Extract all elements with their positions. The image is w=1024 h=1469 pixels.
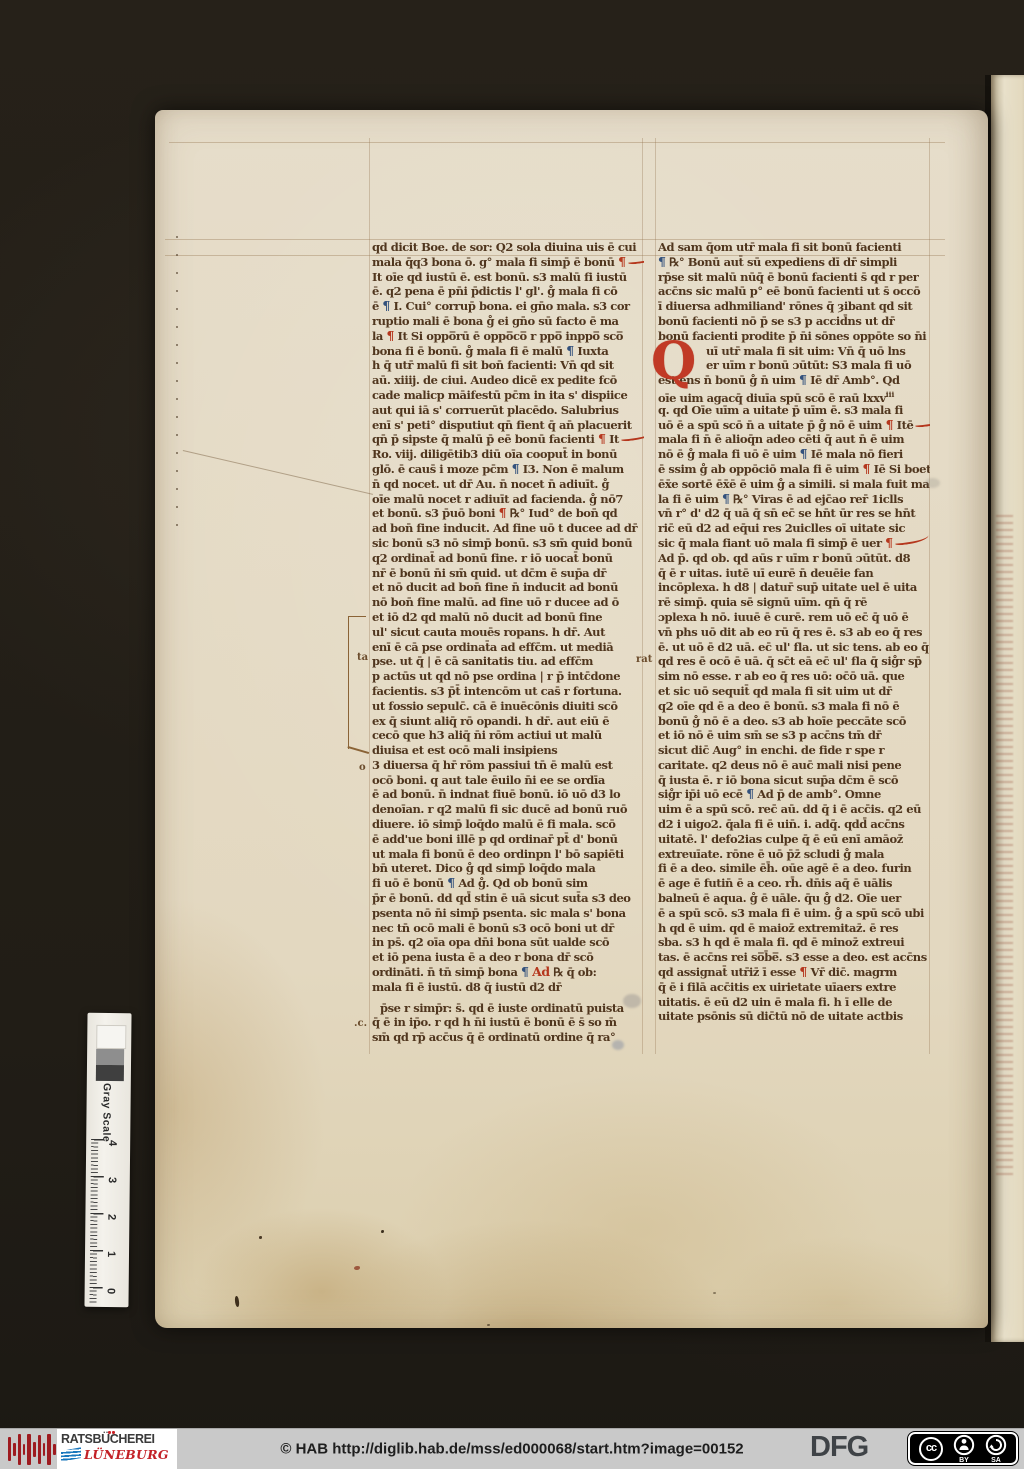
manuscript-line: et sic uō sequit̄ qd mala fi sit uim ut …: [658, 684, 930, 699]
manuscript-line: Ad p̄. qd ob. qd aūs r uīm r bonū ɔūtūt.…: [658, 551, 930, 566]
margin-note: ta: [357, 652, 368, 663]
pilcrow-flourish: [915, 415, 930, 428]
pricking-hole: [176, 344, 178, 346]
manuscript-line: sm̄ qd rp̄ acc̄us q̄ ē ordinatū ordine q…: [372, 1030, 644, 1045]
margin-note: o: [359, 762, 366, 773]
manuscript-line: et nō ducit ad bon̄ fine n̄ inducit ad b…: [372, 580, 644, 595]
manuscript-line: qd dicit Boe. de sor: Q2 sola diuina uis…: [372, 240, 644, 255]
cc-by-sa-badge[interactable]: cc BY SA: [908, 1432, 1018, 1465]
manuscript-line: mala fi ē iustū. d8 q̄ iustū d2 dr̄: [372, 980, 644, 995]
manuscript-line: et iō nō ē uim sm̄ se s3 p acc̄ns tm̄ dr…: [658, 728, 930, 743]
manuscript-line: ¶ ℞° Bonū aut̄ sū expediens dī dr̄ simpl…: [658, 255, 930, 270]
ink-mark: [259, 1236, 262, 1239]
manuscript-line: bona fi ē bonū. g̊ mala fi ē malū ¶ Iuxt…: [372, 344, 644, 359]
manuscript-line: h q̄ utr̄ malū fi sit bon̄ facienti: Vn̄…: [372, 358, 644, 373]
ruler-number: 1: [105, 1248, 117, 1260]
ruler-number: 0: [105, 1285, 117, 1297]
manuscript-line: ut fossio sepulc̄. cā ē inuēcōnis diuiti…: [372, 699, 644, 714]
cc-icon: cc: [919, 1437, 943, 1461]
pricking-hole: [176, 362, 178, 364]
manuscript-line: q̄ iusta ē. r iō bona sicut sup̄a dc̄m ē…: [658, 773, 930, 788]
manuscript-line: la fi ē uim ¶ ℞° Viras ē ad ejc̄ao rer̄ …: [658, 492, 930, 507]
show-through-text: [996, 515, 1013, 1175]
manuscript-line: incōplexa. h d8 | datur̄ sup̄ uitate uel…: [658, 580, 930, 595]
ruler-numbers: 43210: [105, 1137, 119, 1297]
manuscript-line: rē simp̄. quia sē signū uīm. qn̄ q̄ rē: [658, 595, 930, 610]
manuscript-line: psenta nō n̄i simp̄ psenta. sic mala s' …: [372, 906, 644, 921]
gray-patch-white: [96, 1025, 126, 1049]
pilcrow-flourish: [894, 533, 929, 546]
manuscript-line: d2 i uigo2. q̄ala fi ē uin̄. i. adq̄. qd…: [658, 817, 930, 832]
manuscript-line: mala fi n̄ ē alioq̄n adeo cēti q̄ aut n̄…: [658, 432, 930, 447]
manuscript-line: ē ¶ I. Cui° corrup̄ bona. ei gn̄o mala. …: [372, 299, 644, 314]
manuscript-line: qd assignat̄ utr̄iz̄ ī esse ¶ Vr̄ dic̄. …: [658, 965, 930, 980]
manuscript-line: q̄ ē i filā acc̄itis ex uirietate uīaers…: [658, 980, 930, 995]
manuscript-line: fi uō ē bonū ¶ Ad g̊. Qd ob bonū sim: [372, 876, 644, 891]
ink-smudge: [925, 478, 940, 488]
manuscript-line: qn̄ p̄ sipste q̄ malū p̄ eē bonū facient…: [372, 432, 644, 447]
manuscript-line: ē ad bonū. n̄ indnat fiuē bonū. iō uō d3…: [372, 787, 644, 802]
manuscript-line: p̄r ē bonū. dd qd̄ stin ē uā sicut sut̄a…: [372, 891, 644, 906]
viewer-footer-bar: RATSBÜCHEREI LÜNEBURG © HAB http://digli…: [0, 1428, 1024, 1469]
pricking-hole: [176, 506, 178, 508]
manuscript-line: enī s' peti° disputiut qn̄ fient q̄ an̄ …: [372, 418, 644, 433]
manuscript-line: ric̄ eū d2 ad eq̄ui res 2uiclles oī uita…: [658, 521, 930, 536]
manuscript-line: It oīe qd iustū ē. est bonū. s3 malū fi …: [372, 270, 644, 285]
pricking-hole: [176, 272, 178, 274]
manuscript-line: ex q̄ siunt aliq̄ rō opandi. h dr̄. aut …: [372, 714, 644, 729]
manuscript-line: ul' sicut cauta mouēs ropans. h dr̄. Aut: [372, 625, 644, 640]
digitized-manuscript-viewer: qd dicit Boe. de sor: Q2 sola diuina uis…: [0, 0, 1024, 1469]
manuscript-line: et iō d2 qd malū nō ducit ad bonū fine: [372, 610, 644, 625]
pricking-hole: [176, 308, 178, 310]
illuminated-initial-Q: Q: [651, 336, 703, 392]
pricking-hole: [176, 254, 178, 256]
manuscript-line: ut mala fi bonū ē deo ordinpn l' bō sapi…: [372, 847, 644, 862]
manuscript-line: tas. ē acc̄ns rei so̅b̄e̅. s3 esse a deo…: [658, 950, 930, 965]
manuscript-leaf: qd dicit Boe. de sor: Q2 sola diuina uis…: [155, 110, 988, 1328]
pilcrow-flourish: [620, 430, 644, 443]
manuscript-line: balneū ē aqua. g̊ ē uāle. q̄u g̊ d2. Oīe…: [658, 891, 930, 906]
manuscript-line: p̄se r simp̄r: s̄. qd ē iuste ordinatū p…: [372, 1001, 644, 1016]
margin-note: rat: [636, 654, 652, 665]
pricking-hole: [176, 470, 178, 472]
ruler-major-ticks: [89, 1139, 104, 1305]
manuscript-line: ē a spū scō. s3 mala fi ē uim. g̊ a spū …: [658, 906, 930, 921]
manuscript-line: h qd ē uim. qd ē maioz̄ extremitaz̄. ē r…: [658, 921, 930, 936]
ink-smudge: [623, 994, 641, 1008]
manuscript-line: enī ē cā pse ordinat̄a ad effc̄m. ut med…: [372, 640, 644, 655]
manuscript-line: q2 ordinat̄ ad bonū fine. r iō uocat̄ bo…: [372, 551, 644, 566]
manuscript-line: nec tn̄ ocō mali ē bonū s3 ocō boni ut d…: [372, 921, 644, 936]
manuscript-line: pse. ut q̄ | ē cā sanitatis tiu. ad effc…: [372, 654, 644, 669]
manuscript-line: uō ē a spū scō n̄ a uitate p̄ g̊ nō ē ui…: [658, 418, 930, 433]
manuscript-line: uitatē. l' defo2ias culpe q̄ ē eū enī am…: [658, 832, 930, 847]
manuscript-line: diuere. iō simp̄ loq̄do malū ē fi mala. …: [372, 817, 644, 832]
ink-mark: [713, 1292, 716, 1294]
manuscript-line: ad bon̄ fine inducit. Ad fine uō t ducee…: [372, 521, 644, 536]
manuscript-line: ē age ē futin̄ ē a ceo. rh̄. dn̄is aq̄ ē…: [658, 876, 930, 891]
manuscript-line: fi ē a deo. simile ēh̄. oūe agē ē a deo.…: [658, 861, 930, 876]
manuscript-line: oīe malū nocet r adiuīt ad facienda. g̊ …: [372, 492, 644, 507]
manuscript-line: extreuīate. rōne ē uō p̄z̄ scludi g̊ mal…: [658, 847, 930, 862]
pricking-hole: [176, 398, 178, 400]
manuscript-line: glō. ē caus̄ i moze pc̄m ¶ I3. Non ē mal…: [372, 462, 644, 477]
manuscript-line: n̄ qd nocet. ut dr̄ Au. n̄ nocet n̄ adiu…: [372, 477, 644, 492]
ink-smudge: [612, 1040, 624, 1050]
share-alike-arrow-icon: [985, 1434, 1007, 1456]
ruler-number: 2: [105, 1211, 117, 1223]
grayscale-calibration-ruler: Gray Scale 43210: [84, 1013, 131, 1307]
manuscript-line: Ro. viij. diligētib3 diū oīa cooput̄ in …: [372, 447, 644, 462]
ink-mark: [234, 1296, 240, 1308]
manuscript-line: q̄ ē r uitas. iutē uī eurē n̄ deuēie fan: [658, 566, 930, 581]
manuscript-line: ē. ut uō ē d2 uā. ec̄ ul' fla. ut sic te…: [658, 640, 930, 655]
sa-label: SA: [991, 1457, 1001, 1464]
library-city: LÜNEBURG: [84, 1447, 169, 1462]
manuscript-line: vn̄ phs uō dit ab eo rū q̄ res ē. s3 ab …: [658, 625, 930, 640]
manuscript-line: diuisa et est ocō mali insipiens: [372, 743, 644, 758]
margin-bracket: [348, 616, 366, 749]
ruler-title: Gray Scale: [100, 1083, 113, 1145]
pricking-hole: [176, 236, 178, 238]
manuscript-line: ēx̄e sortē ēx̄ē ē uim g̊ a simili. si ma…: [658, 477, 930, 492]
manuscript-line: cecō que h3 aliq̄ n̄i rōm actiui ut malū: [372, 728, 644, 743]
pricking-hole: [176, 452, 178, 454]
manuscript-line: aū. xiiij. de ciui. Audeo dicē ex pedite…: [372, 373, 644, 388]
manuscript-line: ruptio mali ē bona g̊ ei gn̄o sū facto ē…: [372, 314, 644, 329]
manuscript-line: bonū g̊ nō ē a deo. s3 ab hoīe peccāte s…: [658, 714, 930, 729]
manuscript-line: ē add'ue boni illē p qd ordinar̄ pt̄ d' …: [372, 832, 644, 847]
manuscript-line: aut qui iā s' corruerūt placēdo. Salubri…: [372, 403, 644, 418]
manuscript-line: denoīan. r q2 malū fi sic ducē ad bonū r…: [372, 802, 644, 817]
pricking-hole: [176, 290, 178, 292]
ruler-number: 3: [106, 1174, 118, 1186]
ruler-number: 4: [106, 1137, 118, 1149]
manuscript-line: mala q̄q3 bona ō. g° mala fi simp̄ ē bon…: [372, 255, 644, 270]
umlaut-dot: [112, 1431, 115, 1434]
manuscript-line: vn̄ r° d' d2 q̄ uā q̄ sn̄ ec̄ se hn̄t ūr…: [658, 506, 930, 521]
dfg-logo[interactable]: DFG: [810, 1431, 868, 1464]
manuscript-line: 3 diuersa q̄ hr̄ rōm passiui tn̄ ē malū …: [372, 758, 644, 773]
manuscript-line: uitate psōnis sū dic̄tū nō de uitate act…: [658, 1009, 930, 1024]
manuscript-line: in ps̄. q2 oīa opa dn̄i bona sūt ualde s…: [372, 935, 644, 950]
manuscript-line: ɔplexa h nō. iuuē ē curē. rem uō ec̄ q̄ …: [658, 610, 930, 625]
pricking-hole: [176, 326, 178, 328]
pricking-hole: [176, 380, 178, 382]
manuscript-line: Ad sam q̄om utr̄ mala fi sit bonū facien…: [658, 240, 930, 255]
ruling-line: [169, 142, 945, 143]
manuscript-line: sicut dic̄ Aug° in enchi. de fide r spe …: [658, 743, 930, 758]
umlaut-dot: [108, 1431, 111, 1434]
ink-mark: [354, 1266, 360, 1270]
manuscript-line: caritate. q2 deus nō ē auc̄ mali nisi pe…: [658, 758, 930, 773]
ruling-line: [369, 138, 370, 1054]
library-name: RATSBÜCHEREI: [61, 1432, 175, 1446]
manuscript-line: ordināti. n̄ tn̄ simp̄ bona ¶ Ad ℞ q̄ ob…: [372, 965, 644, 980]
manuscript-line: sba. s3 h qd ē mala fi. qd ē minoz̄ extr…: [658, 935, 930, 950]
gray-patch-mid: [96, 1049, 124, 1065]
ruling-line: [655, 138, 656, 1054]
manuscript-line: uim ē a spū scō. rec̄ aū. dd q̄ i ē acc̄…: [658, 802, 930, 817]
manuscript-line: bonū facienti nō p̄ se s3 p accid̄ns ut …: [658, 314, 930, 329]
pricking-hole: [176, 524, 178, 526]
manuscript-line: nō ē g̊ mala fi uō ē uim ¶ Iē mala nō fi…: [658, 447, 930, 462]
ink-mark: [381, 1230, 384, 1233]
pricking-hole: [176, 416, 178, 418]
manuscript-line: ī diuersa adhmiliand' rōnes q̄ ȝibant qd…: [658, 299, 930, 314]
manuscript-line: cade malicp māifestū pc̄m in ita s' disp…: [372, 388, 644, 403]
manuscript-line: sic q̄ mala fiant uō mala fi simp̄ ē uer…: [658, 536, 930, 551]
manuscript-line: et bonū. s3 p̄uō boni ¶ ℞° Iud° de bon̄ …: [372, 506, 644, 521]
manuscript-line: facientis. s3 p̄t̄ intencōm ut cas̄ r fo…: [372, 684, 644, 699]
by-label: BY: [959, 1457, 969, 1464]
text-column-left: qd dicit Boe. de sor: Q2 sola diuina uis…: [372, 240, 644, 1052]
pricking-hole: [176, 488, 178, 490]
manuscript-line: la ¶ It Si oppo̅rū ē oppo̅co̅ r ppo̅ inp…: [372, 329, 644, 344]
library-bars-icon[interactable]: [8, 1432, 61, 1466]
attribution-person-icon: [953, 1434, 975, 1456]
manuscript-line: uitatis. ē eū d2 uin ē mala fi. h ī elle…: [658, 995, 930, 1010]
manuscript-line: ē. q2 pena ē pn̄i p̄dictis l' gl'. g̊ ma…: [372, 284, 644, 299]
manuscript-line: rp̄se sit malū nūq̄ ē bonū facienti s̄ q…: [658, 270, 930, 285]
open-book-icon: [61, 1447, 81, 1461]
copyright-url-text: © HAB http://diglib.hab.de/mss/ed000068/…: [280, 1441, 743, 1458]
manuscript-line: bn̄ uteret. Dico g̊ qd simp̄ loq̄do mala: [372, 861, 644, 876]
manuscript-line: p actūs ut qd nō pse ordina | r p̄ intc̄…: [372, 669, 644, 684]
manuscript-line: q. qd Oīe uīm a uitate p̄ uīm ē. s3 mala…: [658, 403, 930, 418]
manuscript-line: et iō pena iusta ē a deo r bona dr̄ scō: [372, 950, 644, 965]
manuscript-line: acc̄ns sic malū p° eē bonū facienti ut s…: [658, 284, 930, 299]
manuscript-line: nō bon̄ fine malū. ad fine uō r ducee ad…: [372, 595, 644, 610]
gray-patch-dark: [96, 1065, 124, 1081]
manuscript-line: ocō boni. q aut tale ēuilo n̄i ee se ord…: [372, 773, 644, 788]
manuscript-line: q2 oīe qd ē a deo ē bonū. s3 mala fi nō …: [658, 699, 930, 714]
margin-note: .c.: [354, 1018, 367, 1029]
manuscript-line: qd res ē ocō ē uā. q̄ sc̄t eā ec̄ ul' fl…: [658, 654, 930, 669]
manuscript-line: sic bonū s3 nō simp̄ bonū. s3 sm̄ quid b…: [372, 536, 644, 551]
manuscript-line: sig̊r ip̄i uō ecē ¶ Ad p̄ de amb°. Omne: [658, 787, 930, 802]
parchment-crease: [183, 450, 373, 495]
facing-page-edge: [991, 75, 1024, 1342]
manuscript-line: q̄ ē in ip̄o. r qd h n̄i iustū ē bonū ē …: [372, 1015, 644, 1030]
library-logo[interactable]: RATSBÜCHEREI LÜNEBURG: [57, 1429, 177, 1469]
manuscript-line: nr̄ ē bonū n̄i sm̄ quid. ut dc̄m ē sup̄a…: [372, 566, 644, 581]
pricking-hole: [176, 434, 178, 436]
ink-mark: [487, 1324, 490, 1326]
manuscript-line: sim nō esse. r ab eo q̄ res uō: oc̄ō uā.…: [658, 669, 930, 684]
manuscript-line: ē ssim g̊ ab oppōciō mala fi ē uim ¶ Iē …: [658, 462, 930, 477]
